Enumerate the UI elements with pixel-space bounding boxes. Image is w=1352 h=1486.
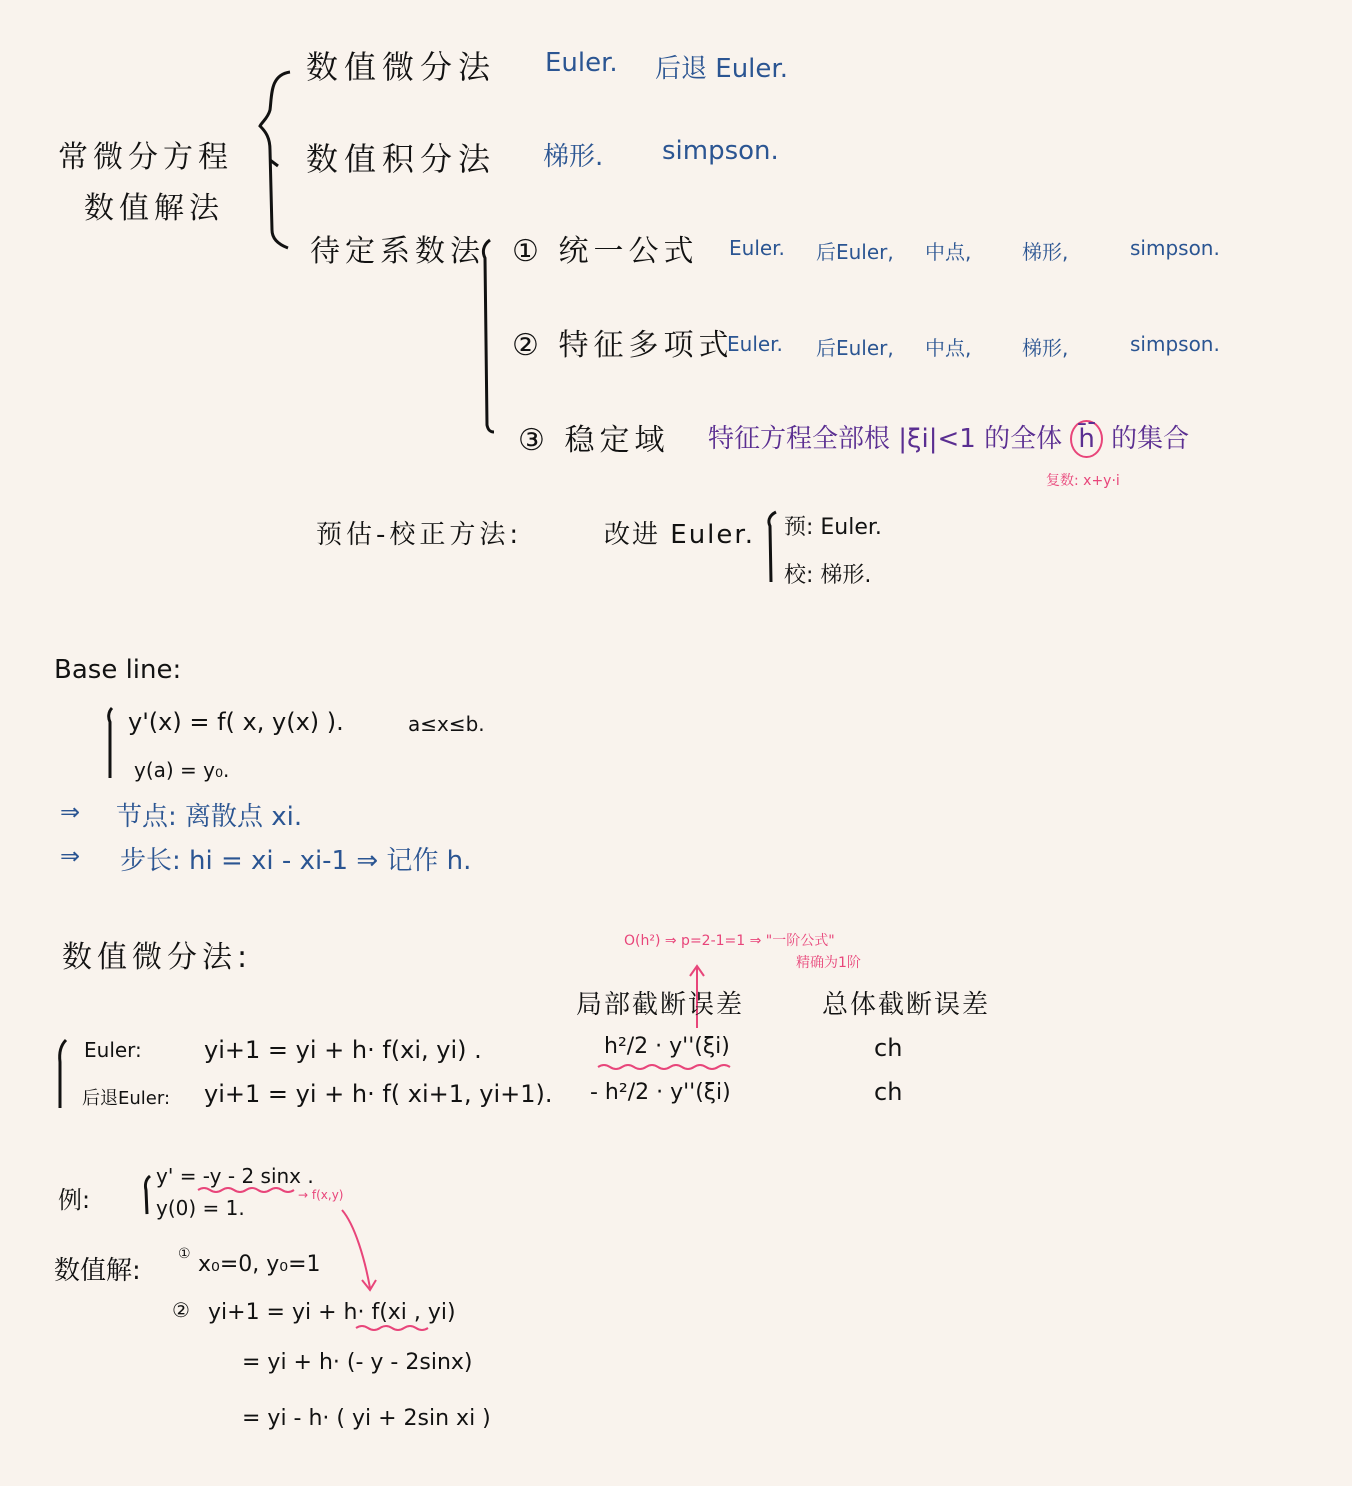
backward-euler-formula: yi+1 = yi + h· f( xi+1, yi+1). bbox=[204, 1080, 553, 1108]
method-item: simpson. bbox=[1130, 332, 1220, 356]
euler-formula: yi+1 = yi + h· f(xi, yi) . bbox=[204, 1036, 482, 1064]
example-ode: y' = -y - 2 sinx . bbox=[156, 1164, 314, 1188]
improved-euler: 改进 Euler. bbox=[604, 514, 755, 551]
backward-euler-local-error: - h²/2 · y''(ξi) bbox=[590, 1080, 731, 1105]
description-text: 的集合 bbox=[1111, 424, 1189, 454]
root-title-line1: 常微分方程 bbox=[58, 132, 233, 176]
predictor-step: 预: Euler. bbox=[784, 510, 882, 541]
column-global-error: 总体截断误差 bbox=[822, 984, 990, 1021]
solution-step-3: = yi + h· (- y - 2sinx) bbox=[242, 1350, 472, 1375]
method-item: 梯形, bbox=[1022, 236, 1068, 265]
implies-arrow: ⇒ bbox=[60, 798, 80, 826]
accuracy-annotation: 精确为1阶 bbox=[796, 952, 861, 972]
nodes-definition: 节点: 离散点 xi. bbox=[116, 796, 302, 833]
sub-label: 统一公式 bbox=[558, 234, 698, 269]
step-number: ① bbox=[178, 1246, 191, 1262]
method-item: 中点, bbox=[925, 236, 971, 265]
solution-step-2: yi+1 = yi + h· f(xi , yi) bbox=[208, 1300, 456, 1325]
baseline-ode: y'(x) = f( x, y(x) ). bbox=[128, 708, 344, 736]
order-annotation: O(h²) ⇒ p=2-1=1 ⇒ "一阶公式" bbox=[624, 930, 835, 950]
euler-local-error: h²/2 · y''(ξi) bbox=[604, 1034, 730, 1059]
method-item: Euler. bbox=[727, 332, 783, 356]
sub-label: 特征多项式 bbox=[558, 328, 733, 363]
diff-method-title: 数值微分法: bbox=[62, 932, 252, 976]
sub-item-stability-region: ③ 稳定域 bbox=[518, 415, 669, 459]
complex-note: 复数: x+y·i bbox=[1046, 470, 1120, 490]
step-number: ② bbox=[172, 1298, 190, 1322]
implies-arrow: ⇒ bbox=[60, 842, 80, 870]
solution-label: 数值解: bbox=[54, 1250, 141, 1287]
method-item: Euler. bbox=[729, 236, 785, 260]
backward-euler-global-error: ch bbox=[874, 1078, 902, 1106]
branch-item: Euler. bbox=[545, 48, 618, 78]
branch-undetermined-coefficients: 待定系数法 bbox=[310, 226, 485, 270]
branch-item: 梯形. bbox=[543, 136, 603, 173]
sub-item-unified-formula: ① 统一公式 bbox=[512, 226, 698, 270]
example-initial: y(0) = 1. bbox=[156, 1196, 245, 1220]
number-badge: ② bbox=[512, 328, 544, 363]
sub-label: 稳定域 bbox=[564, 423, 669, 458]
circled-h-bar: h̄ bbox=[1070, 420, 1102, 458]
stability-description: 特征方程全部根 |ξi|<1 的全体 h̄ 的集合 bbox=[708, 418, 1189, 458]
solution-step-1: x₀=0, y₀=1 bbox=[198, 1252, 321, 1277]
step-size-definition: 步长: hi = xi - xi-1 ⇒ 记作 h. bbox=[120, 840, 471, 877]
example-label: 例: bbox=[58, 1180, 90, 1215]
branch-item: simpson. bbox=[662, 136, 779, 166]
predictor-corrector-label: 预估-校正方法: bbox=[316, 514, 522, 551]
baseline-title: Base line: bbox=[54, 655, 181, 685]
root-title-line2: 数值解法 bbox=[84, 183, 224, 227]
backward-euler-name: 后退Euler: bbox=[82, 1084, 170, 1110]
column-local-error: 局部截断误差 bbox=[576, 984, 744, 1021]
branch-numerical-differentiation: 数值微分法 bbox=[306, 42, 496, 88]
number-badge: ① bbox=[512, 234, 544, 269]
baseline-range: a≤x≤b. bbox=[408, 712, 485, 736]
sub-item-characteristic-polynomial: ② 特征多项式 bbox=[512, 320, 733, 364]
solution-step-4: = yi - h· ( yi + 2sin xi ) bbox=[242, 1406, 491, 1431]
euler-global-error: ch bbox=[874, 1034, 902, 1062]
euler-name: Euler: bbox=[84, 1038, 142, 1062]
fxy-note: → f(x,y) bbox=[298, 1188, 343, 1202]
method-item: simpson. bbox=[1130, 236, 1220, 260]
method-item: 中点, bbox=[925, 332, 971, 361]
baseline-initial-condition: y(a) = y₀. bbox=[134, 758, 229, 782]
number-badge: ③ bbox=[518, 423, 550, 458]
corrector-step: 校: 梯形. bbox=[784, 558, 871, 589]
method-item: 梯形, bbox=[1022, 332, 1068, 361]
branch-item: 后退 Euler. bbox=[655, 48, 788, 85]
branch-numerical-integration: 数值积分法 bbox=[306, 134, 496, 180]
method-item: 后Euler, bbox=[816, 332, 894, 361]
method-item: 后Euler, bbox=[816, 236, 894, 265]
description-text: 特征方程全部根 |ξi|<1 的全体 bbox=[708, 424, 1062, 454]
